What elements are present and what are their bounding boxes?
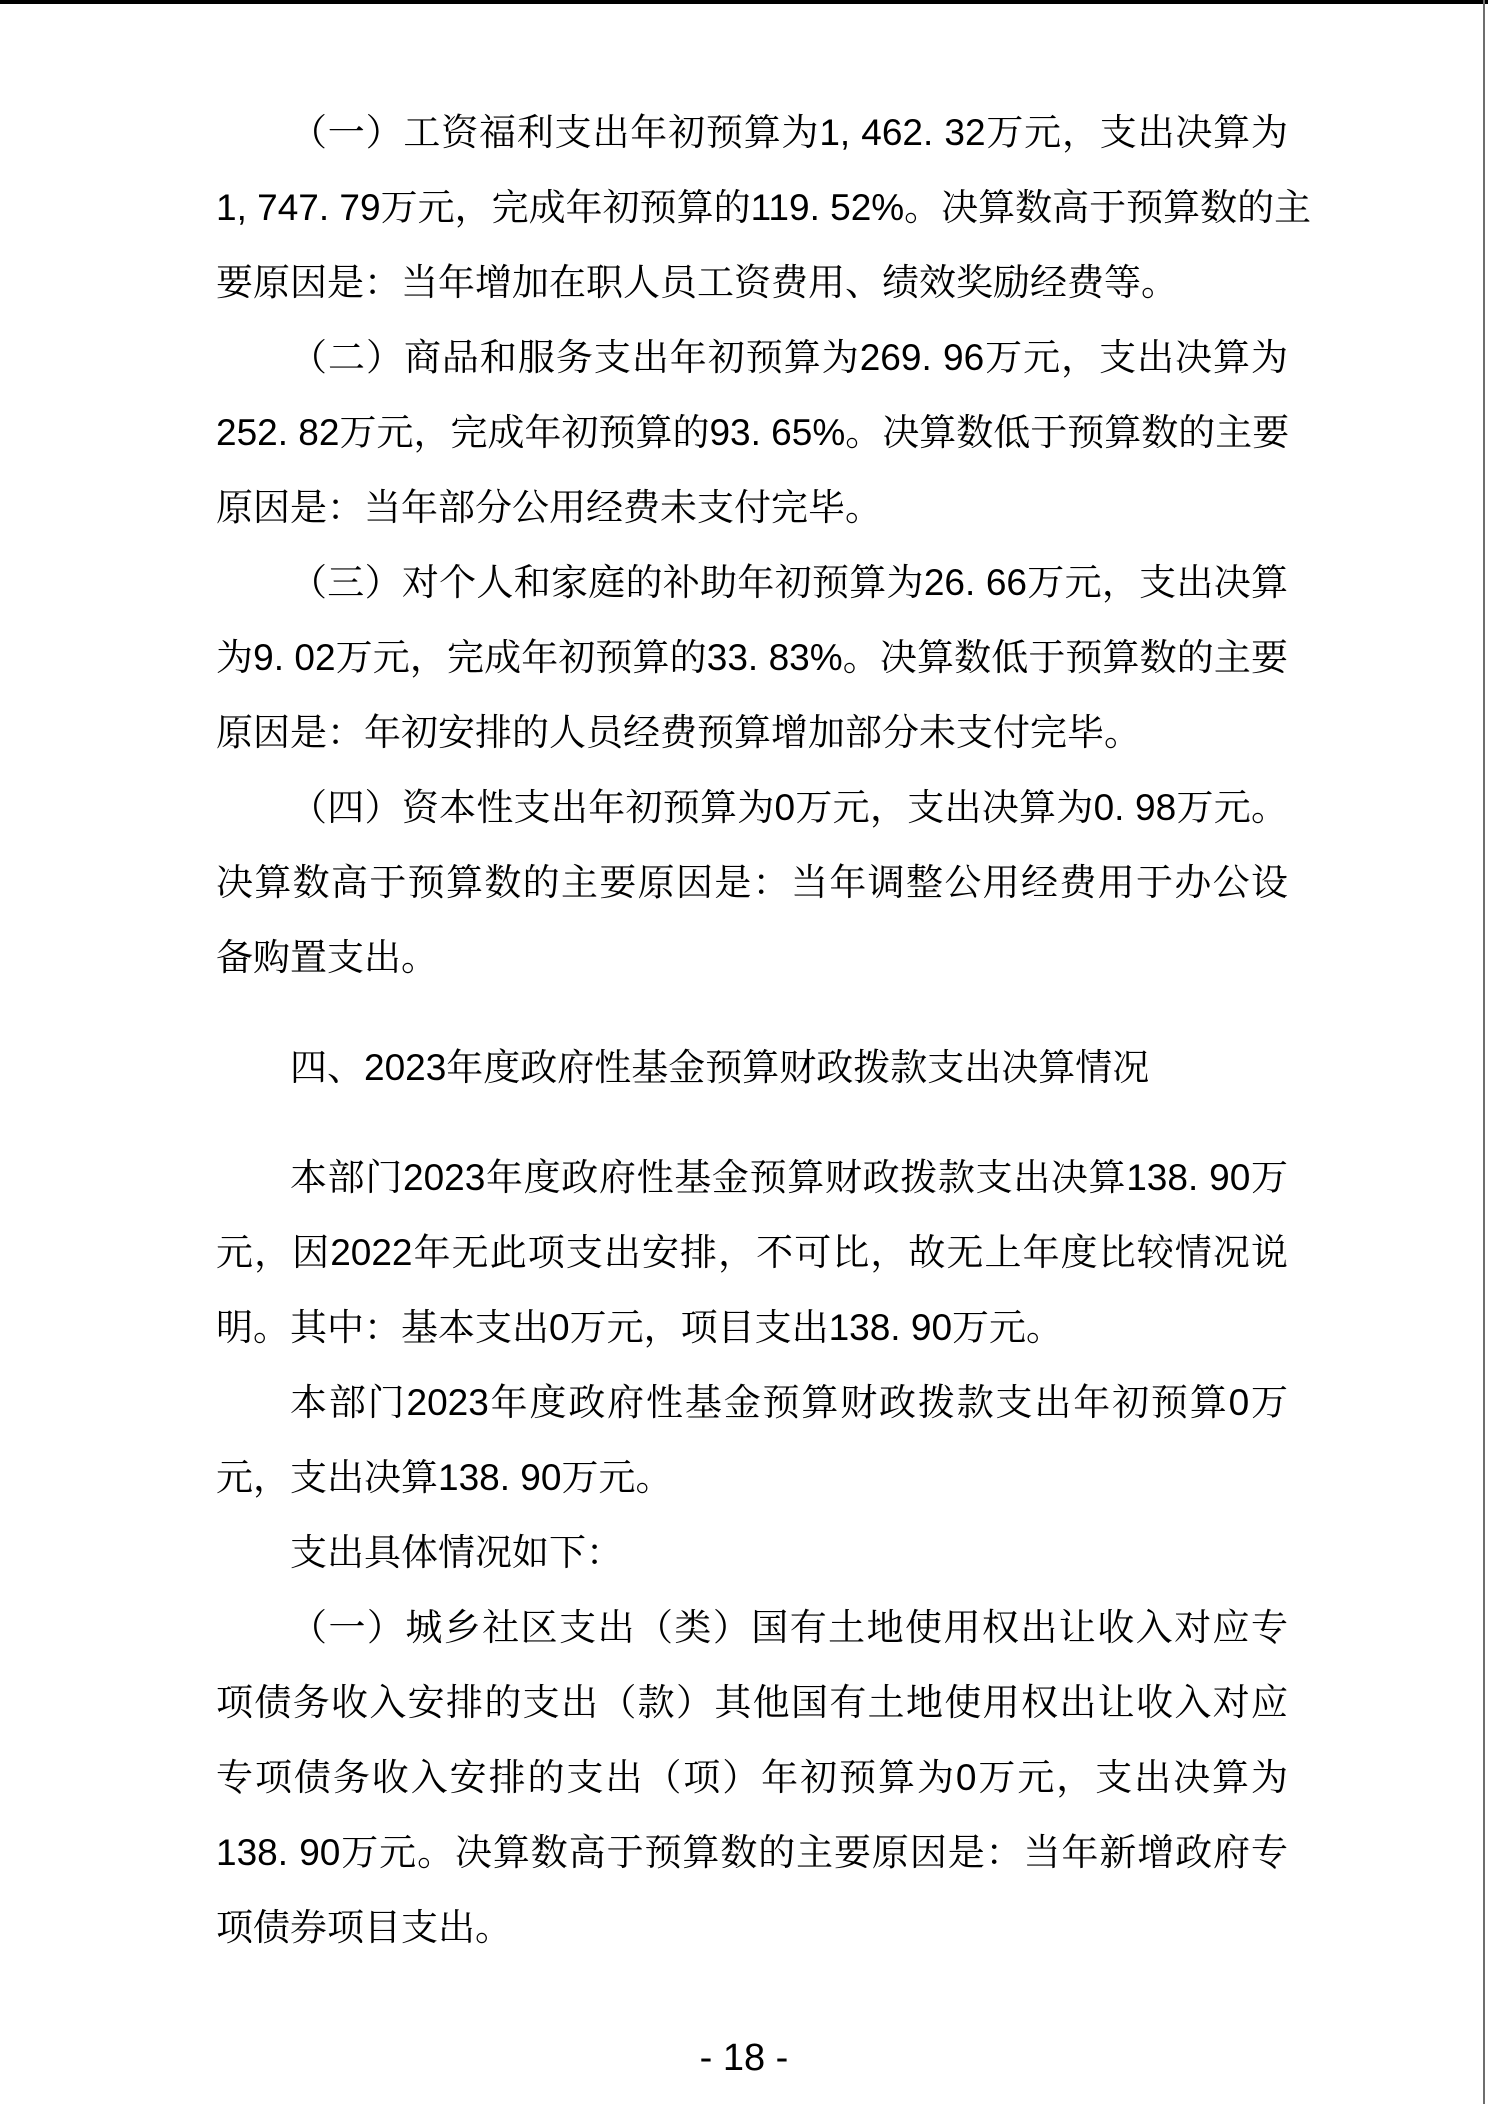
text-line: （三）对个人和家庭的补助年初预算为26. 66万元，支出决算 xyxy=(216,545,1288,620)
text-line: 本部门2023年度政府性基金预算财政拨款支出决算138. 90万 xyxy=(216,1140,1288,1215)
text-line: （一）工资福利支出年初预算为1, 462. 32万元，支出决算为 xyxy=(216,95,1288,170)
text-line: 为9. 02万元，完成年初预算的33. 83%。决算数低于预算数的主要 xyxy=(216,620,1288,695)
text-line: （二）商品和服务支出年初预算为269. 96万元，支出决算为 xyxy=(216,320,1288,395)
text-line: （一）城乡社区支出（类）国有土地使用权出让收入对应专 xyxy=(216,1590,1288,1665)
paragraph: （四）资本性支出年初预算为0万元，支出决算为0. 98万元。决算数高于预算数的主… xyxy=(216,770,1288,995)
page-right-edge xyxy=(1483,0,1485,2104)
section-heading: 四、2023年度政府性基金预算财政拨款支出决算情况 xyxy=(216,1030,1288,1105)
document-page: （一）工资福利支出年初预算为1, 462. 32万元，支出决算为1, 747. … xyxy=(0,0,1488,2104)
text-line: 备购置支出。 xyxy=(216,920,1288,995)
paragraph: 本部门2023年度政府性基金预算财政拨款支出年初预算0万元，支出决算138. 9… xyxy=(216,1365,1288,1515)
paragraph: 本部门2023年度政府性基金预算财政拨款支出决算138. 90万元，因2022年… xyxy=(216,1140,1288,1365)
text-line: 原因是：年初安排的人员经费预算增加部分未支付完毕。 xyxy=(216,695,1288,770)
paragraph: （一）城乡社区支出（类）国有土地使用权出让收入对应专项债务收入安排的支出（款）其… xyxy=(216,1590,1288,1965)
page-footer: - 18 - xyxy=(0,2036,1488,2080)
text-line: 支出具体情况如下： xyxy=(216,1515,1288,1590)
text-line: 要原因是：当年增加在职人员工资费用、绩效奖励经费等。 xyxy=(216,245,1288,320)
text-line: 本部门2023年度政府性基金预算财政拨款支出年初预算0万 xyxy=(216,1365,1288,1440)
text-line: 决算数高于预算数的主要原因是：当年调整公用经费用于办公设 xyxy=(216,845,1288,920)
text-line: 原因是：当年部分公用经费未支付完毕。 xyxy=(216,470,1288,545)
text-line: 项债务收入安排的支出（款）其他国有土地使用权出让收入对应 xyxy=(216,1665,1288,1740)
text-line: 1, 747. 79万元，完成年初预算的119. 52%。决算数高于预算数的主 xyxy=(216,170,1288,245)
paragraph: （二）商品和服务支出年初预算为269. 96万元，支出决算为252. 82万元，… xyxy=(216,320,1288,545)
page-number: - 18 - xyxy=(700,2037,789,2079)
text-line: （四）资本性支出年初预算为0万元，支出决算为0. 98万元。 xyxy=(216,770,1288,845)
text-line: 252. 82万元，完成年初预算的93. 65%。决算数低于预算数的主要 xyxy=(216,395,1288,470)
paragraph: （一）工资福利支出年初预算为1, 462. 32万元，支出决算为1, 747. … xyxy=(216,95,1288,320)
paragraph: 支出具体情况如下： xyxy=(216,1515,1288,1590)
text-line: 元，支出决算138. 90万元。 xyxy=(216,1440,1288,1515)
text-line: 明。其中：基本支出0万元，项目支出138. 90万元。 xyxy=(216,1290,1288,1365)
page-top-edge xyxy=(0,0,1488,4)
document-content: （一）工资福利支出年初预算为1, 462. 32万元，支出决算为1, 747. … xyxy=(216,95,1288,1965)
text-line: 项债券项目支出。 xyxy=(216,1890,1288,1965)
paragraph: （三）对个人和家庭的补助年初预算为26. 66万元，支出决算为9. 02万元，完… xyxy=(216,545,1288,770)
text-line: 元，因2022年无此项支出安排，不可比，故无上年度比较情况说 xyxy=(216,1215,1288,1290)
heading-line: 四、2023年度政府性基金预算财政拨款支出决算情况 xyxy=(216,1030,1288,1105)
text-line: 138. 90万元。决算数高于预算数的主要原因是：当年新增政府专 xyxy=(216,1815,1288,1890)
text-line: 专项债务收入安排的支出（项）年初预算为0万元，支出决算为 xyxy=(216,1740,1288,1815)
